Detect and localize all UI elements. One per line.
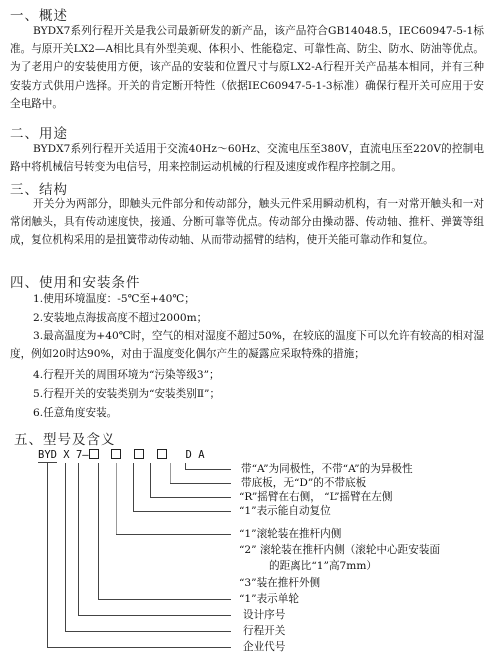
label-roller-1: “1”滚轮装在推杆内侧 <box>239 526 341 541</box>
leader-h-box3 <box>133 511 231 512</box>
leader-h-x <box>65 631 231 632</box>
condition-item-3: 3.最高温度为+40℃时，空气的相对湿度不超过50%，在较底的温度下可以允许有较… <box>10 327 484 363</box>
leader-line-box3 <box>133 463 134 511</box>
condition-item-5: 5.行程开关的安装类别为“安装类别Ⅱ”； <box>33 386 220 401</box>
label-auto-reset: “1”表示能自动复位 <box>239 503 331 518</box>
leader-h-d <box>170 483 231 484</box>
label-company-code: 企业代号 <box>243 639 285 654</box>
usage-paragraph: BYDX7系列行程开关适用于交流40Hz～60Hz、交流电压至380V，直流电压… <box>10 140 484 176</box>
condition-item-1: 1.使用环境温度：-5℃至+40℃； <box>33 291 195 306</box>
code-x: X <box>63 449 69 461</box>
section-title-usage: 二、用途 <box>10 122 68 142</box>
leader-h-prefix <box>47 647 231 648</box>
leader-line-prefix <box>47 463 48 647</box>
leader-line-box4 <box>150 463 151 497</box>
code-seven: 7— <box>76 449 89 461</box>
code-box-4 <box>157 449 167 459</box>
label-roller-3: “3”装在推杆外侧 <box>239 575 320 590</box>
leader-line-x <box>65 463 66 631</box>
leader-line-box2 <box>116 463 117 534</box>
code-a: A <box>198 449 204 461</box>
label-single-wheel: “1”表示单轮 <box>239 591 299 606</box>
leader-h-7 <box>78 615 231 616</box>
code-d: D <box>186 449 192 461</box>
overview-paragraph: BYDX7系列行程开关是我公司最新研发的新产品，该产品符合GB14048.5，I… <box>10 22 484 113</box>
model-code: BYD X 7— D A <box>38 449 205 461</box>
section-title-model: 五、型号及含义 <box>14 428 116 448</box>
condition-item-2: 2.安装地点海拔高度不超过2000m； <box>33 310 207 325</box>
leader-line-box1 <box>98 463 99 599</box>
label-arm-side: “R”摇臂在右侧， “L”摇臂在左侧 <box>239 489 392 504</box>
code-box-1 <box>89 449 99 459</box>
structure-paragraph: 开关分为两部分，即触头元件部分和传动部分，触头元件采用瞬动机构，有一对常开触头和… <box>10 195 484 250</box>
code-box-3 <box>134 449 144 459</box>
leader-line-7 <box>78 463 79 615</box>
label-travel-switch: 行程开关 <box>243 623 285 638</box>
leader-h-a <box>185 469 231 470</box>
label-design-number: 设计序号 <box>243 607 285 622</box>
label-roller-2-cont: 的距离比“1”高7mm） <box>269 558 377 573</box>
code-box-2 <box>111 449 121 459</box>
section-title-overview: 一、概述 <box>10 4 68 24</box>
leader-h-box2 <box>116 534 231 535</box>
leader-h-box4 <box>150 497 231 498</box>
label-roller-2: “2” 滚轮装在推杆内侧（滚轮中心距安装面 <box>239 542 440 557</box>
leader-line-d <box>170 463 171 483</box>
condition-item-6: 6.任意角度安装。 <box>33 405 117 420</box>
code-prefix: BYD <box>38 449 57 461</box>
condition-item-4: 4.行程开关的周围环境为“污染等级3”； <box>33 367 220 382</box>
label-baseplate: 带底板，无“D”的不带底板 <box>241 475 366 490</box>
section-title-conditions: 四、使用和安装条件 <box>10 271 141 291</box>
label-polarity: 带“A”为同极性，不带“A”的为异极性 <box>241 461 413 476</box>
leader-h-box1 <box>98 599 231 600</box>
